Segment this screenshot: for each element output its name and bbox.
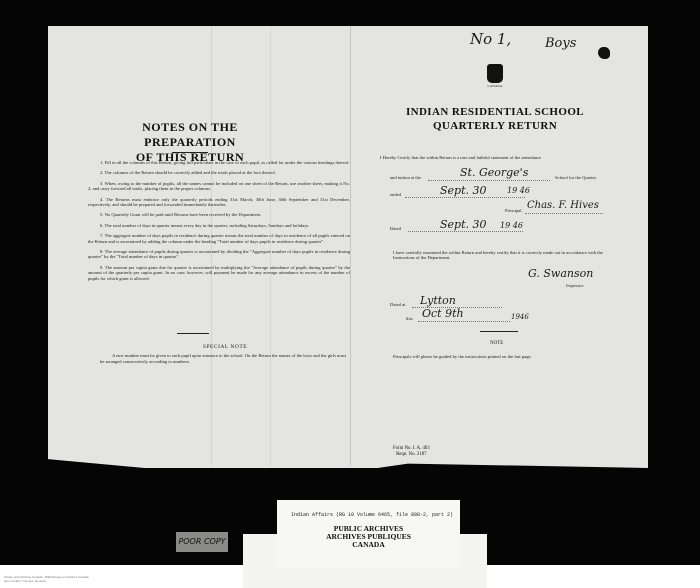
dated-line xyxy=(408,231,523,232)
dated-year: 19 46 xyxy=(500,221,523,230)
ended-date: Sept. 30 xyxy=(440,184,487,197)
notes-title: NOTES ON THE PREPARATION OF THIS RETURN xyxy=(100,120,280,165)
form-number: Form No. I. A. 403 Reqn. No. 2187 xyxy=(393,446,430,458)
note-item: 9. The amount per capita grant due for q… xyxy=(88,265,350,281)
poor-copy-stamp: POOR COPY xyxy=(176,532,228,552)
principal-label: Principal. xyxy=(505,208,523,213)
page-fold xyxy=(350,26,351,466)
dated-label: Dated xyxy=(390,226,401,231)
return-title-line1: INDIAN RESIDENTIAL SCHOOL xyxy=(395,105,595,119)
handwritten-number: No 1, xyxy=(470,30,511,48)
note-item: 4. The Returns must embrace only the qua… xyxy=(88,197,350,208)
this-date: Oct 9th xyxy=(422,307,464,320)
school-name-line xyxy=(428,180,550,181)
inspector-label: Inspector. xyxy=(566,283,584,288)
principal-line xyxy=(525,213,603,214)
ink-blot xyxy=(598,47,610,59)
ended-label: ended xyxy=(390,192,401,197)
note-heading: NOTE xyxy=(490,341,503,346)
special-note-text: A new number must be given to each pupil… xyxy=(100,353,350,364)
archive-name: PUBLIC ARCHIVES ARCHIVES PUBLIQUES CANAD… xyxy=(277,525,460,549)
canada-crest-icon xyxy=(487,64,503,83)
archive-reference: Indian Affairs (RG 10 Volume 6465, file … xyxy=(282,512,462,518)
dated-at-place: Lytton xyxy=(420,294,456,307)
footer-line2: Item number / Numéro de pièce xyxy=(4,579,89,583)
this-year: 1946 xyxy=(511,313,529,321)
archive-line3: CANADA xyxy=(277,541,460,549)
principal-signature: Chas. F. Hives xyxy=(527,200,599,211)
note-item: 6. The total number of days in quarter m… xyxy=(88,223,350,228)
examined-text: I have carefully examined the within Ret… xyxy=(393,250,613,261)
dated-date: Sept. 30 xyxy=(440,218,487,231)
inspector-signature: G. Swanson xyxy=(528,267,593,280)
note-item: 7. The aggregate number of days pupils i… xyxy=(88,233,350,244)
return-title-line2: QUARTERLY RETURN xyxy=(395,119,595,133)
handwritten-boys: Boys xyxy=(545,36,576,51)
reqn-no: Reqn. No. 2187 xyxy=(393,452,430,458)
certify-text: I Hereby Certify that the within Return … xyxy=(380,155,608,160)
footer-credit: Library and Archives Canada - Bibliothèq… xyxy=(4,575,89,583)
divider xyxy=(480,331,518,332)
divider xyxy=(177,333,209,334)
dated-at-label: Dated at xyxy=(390,302,405,307)
notes-list: 1. Fill in all the columns of this Retur… xyxy=(88,160,350,286)
ended-line xyxy=(405,197,525,198)
school-for-quarter-label: School for the Quarter xyxy=(555,175,596,180)
return-title: INDIAN RESIDENTIAL SCHOOL QUARTERLY RETU… xyxy=(395,105,595,133)
note-item: 2. The columns of the Return should be c… xyxy=(88,170,350,175)
note-item: 8. The average attendance of pupils duri… xyxy=(88,249,350,260)
this-label: this xyxy=(406,316,413,321)
divider xyxy=(172,152,208,153)
note-item: 5. No Quarterly Grant will be paid until… xyxy=(88,212,350,217)
and-tuition-label: and tuition at the xyxy=(390,175,421,180)
crest-label: CANADA xyxy=(482,84,508,88)
this-line xyxy=(418,321,510,322)
note-item: 3. When, owing to the number of pupils, … xyxy=(88,181,350,192)
note-text: Principals will please be guided by the … xyxy=(393,354,532,359)
special-note: SPECIAL NOTE A new number must be given … xyxy=(100,345,350,364)
ended-year: 19 46 xyxy=(507,186,530,195)
notes-title-line1: NOTES ON THE PREPARATION xyxy=(100,120,280,150)
special-note-heading: SPECIAL NOTE xyxy=(100,345,350,350)
note-item: 1. Fill in all the columns of this Retur… xyxy=(88,160,350,165)
school-name: St. George's xyxy=(460,166,528,179)
